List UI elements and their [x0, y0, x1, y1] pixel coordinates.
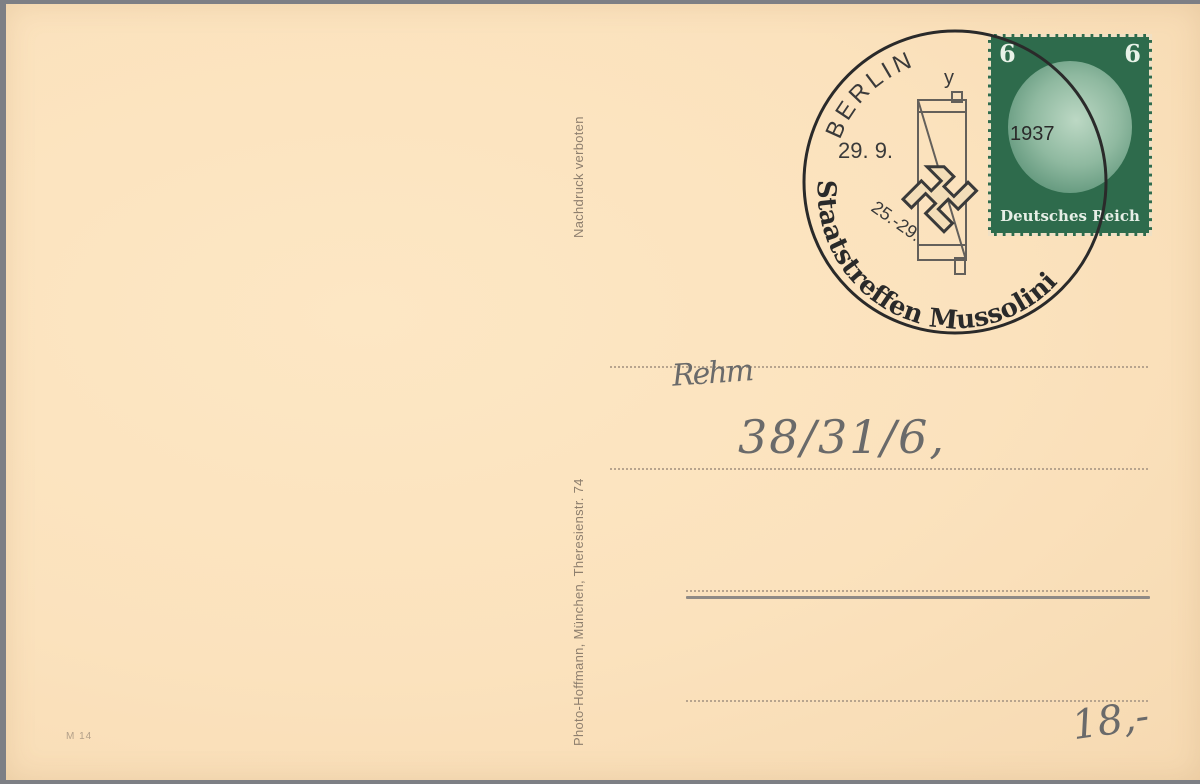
address-line-2	[610, 468, 1148, 470]
rights-notice: Nachdruck verboten	[571, 116, 586, 238]
stamp-denomination-right: 6	[1124, 39, 1141, 68]
handwritten-name: Rehm	[671, 353, 753, 394]
address-line-3	[686, 590, 1148, 592]
address-underline	[686, 596, 1150, 599]
publisher-imprint: Photo-Hoffmann, München, Theresienstr. 7…	[571, 478, 586, 746]
stamp-denomination-left: 6	[999, 39, 1016, 68]
card-code: M 14	[66, 731, 92, 742]
postage-stamp: 6 6 Deutsches Reich	[988, 34, 1152, 236]
handwritten-number: 38/31/6,	[738, 410, 946, 464]
portrait-medallion-icon	[1008, 61, 1132, 193]
stamp-country: Deutsches Reich	[991, 207, 1149, 225]
